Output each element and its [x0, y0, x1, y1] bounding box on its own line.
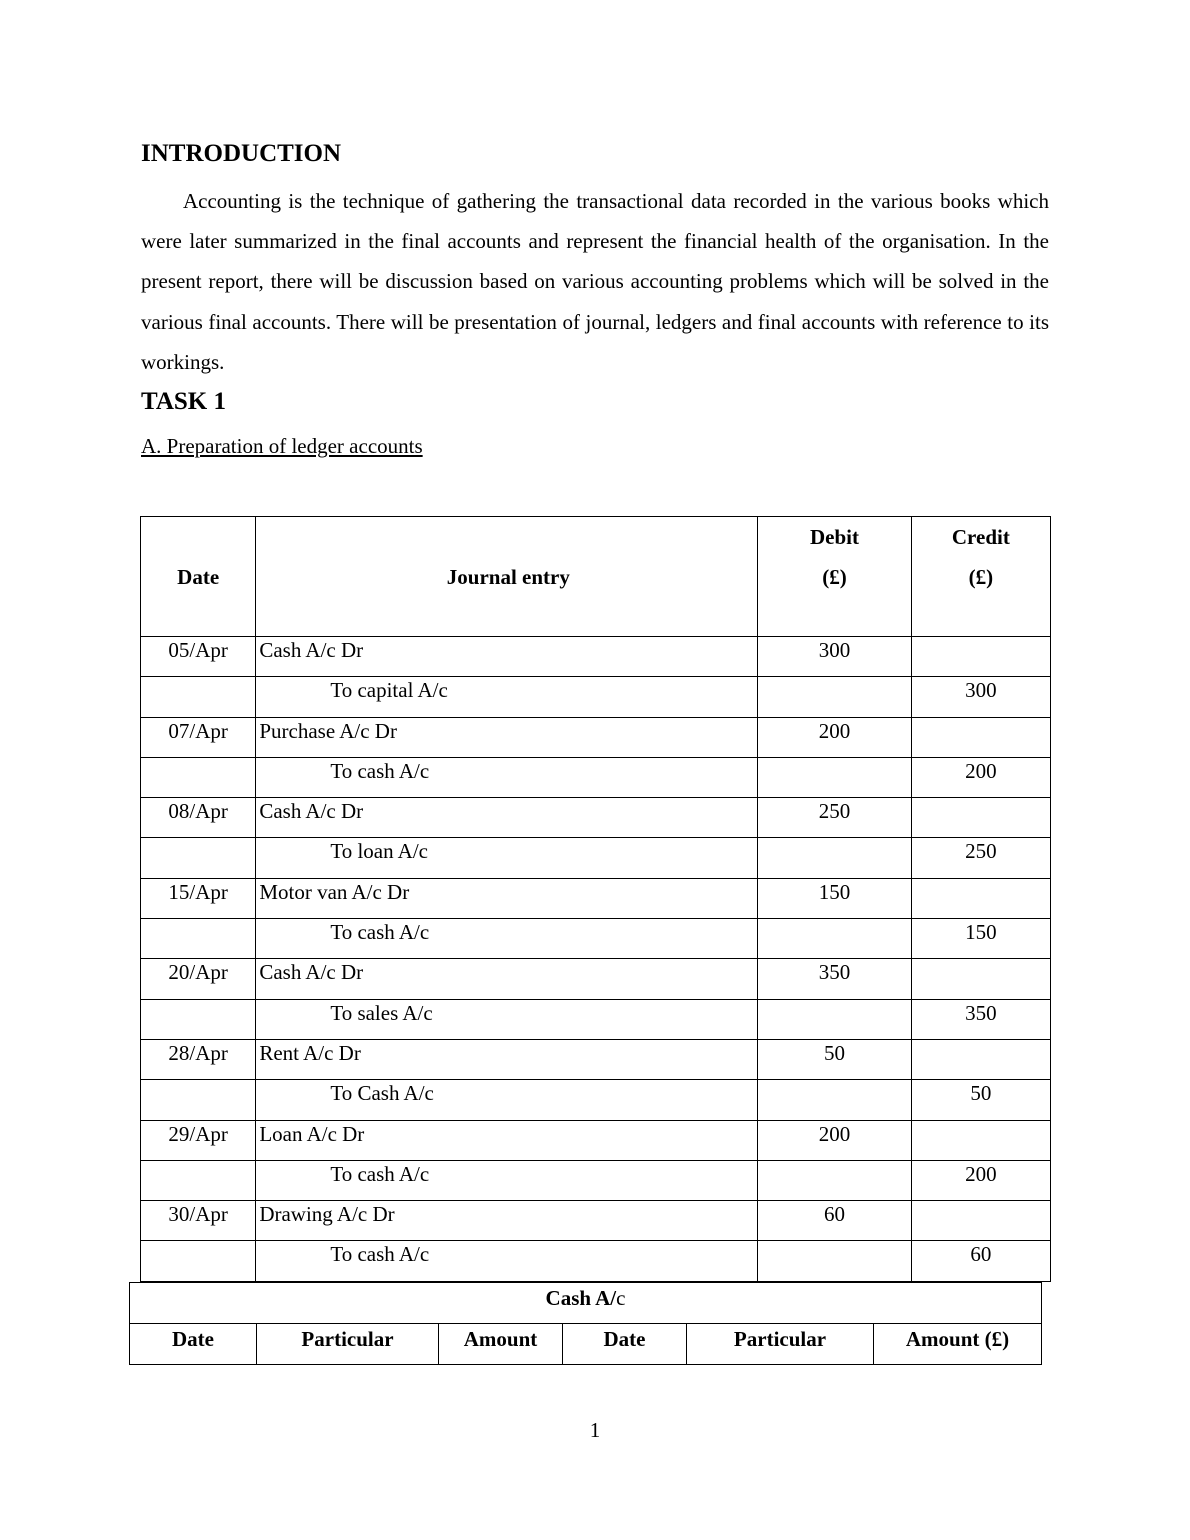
journal-debit-cell: 300	[758, 637, 911, 677]
journal-credit-cell	[911, 717, 1050, 757]
journal-entry-cell: Cash A/c Dr	[256, 637, 758, 677]
journal-date-cell: 08/Apr	[141, 798, 256, 838]
journal-entry-cell: Motor van A/c Dr	[256, 878, 758, 918]
cash-header-date-cr: Date	[563, 1324, 687, 1365]
introduction-paragraph: Accounting is the technique of gathering…	[141, 181, 1049, 382]
journal-credit-cell: 60	[911, 1241, 1050, 1281]
journal-date-cell	[141, 999, 256, 1039]
journal-entry-cell: To cash A/c	[256, 919, 758, 959]
journal-date-cell	[141, 919, 256, 959]
cash-header-particular-dr: Particular	[257, 1324, 439, 1365]
journal-entry-cell: To loan A/c	[256, 838, 758, 878]
journal-date-cell	[141, 1241, 256, 1281]
journal-table: Date Journal entry Debit (£) Credit (£) …	[140, 516, 1051, 1282]
cash-account-title: Cash A/c	[130, 1283, 1042, 1324]
journal-entry-cell: Loan A/c Dr	[256, 1120, 758, 1160]
journal-date-cell: 20/Apr	[141, 959, 256, 999]
header-debit-currency: (£)	[822, 565, 847, 589]
journal-date-cell	[141, 677, 256, 717]
header-credit-currency: (£)	[969, 565, 994, 589]
header-journal-entry: Journal entry	[256, 517, 758, 637]
journal-date-cell: 15/Apr	[141, 878, 256, 918]
journal-row: 07/AprPurchase A/c Dr200	[141, 717, 1051, 757]
page-number: 1	[0, 1418, 1190, 1443]
journal-credit-cell	[911, 798, 1050, 838]
journal-debit-cell: 250	[758, 798, 911, 838]
cash-account-table: Cash A/c Date Particular Amount Date Par…	[129, 1282, 1042, 1365]
journal-date-cell	[141, 838, 256, 878]
journal-row: To sales A/c350	[141, 999, 1051, 1039]
journal-row: To Cash A/c50	[141, 1080, 1051, 1120]
task-heading: TASK 1	[141, 388, 226, 416]
journal-credit-cell	[911, 1120, 1050, 1160]
header-debit-label: Debit	[810, 525, 859, 549]
journal-row: 05/AprCash A/c Dr300	[141, 637, 1051, 677]
journal-entry-cell: To cash A/c	[256, 1160, 758, 1200]
document-page: INTRODUCTION Accounting is the technique…	[0, 0, 1190, 1540]
journal-row: 30/AprDrawing A/c Dr60	[141, 1201, 1051, 1241]
journal-debit-cell: 200	[758, 717, 911, 757]
journal-debit-cell	[758, 1160, 911, 1200]
journal-row: To cash A/c60	[141, 1241, 1051, 1281]
journal-credit-cell: 300	[911, 677, 1050, 717]
journal-row: 29/AprLoan A/c Dr200	[141, 1120, 1051, 1160]
journal-debit-cell: 350	[758, 959, 911, 999]
journal-credit-cell: 200	[911, 757, 1050, 797]
journal-date-cell: 07/Apr	[141, 717, 256, 757]
journal-debit-cell	[758, 1080, 911, 1120]
cash-account-title-row: Cash A/c	[130, 1283, 1042, 1324]
journal-debit-cell	[758, 1241, 911, 1281]
cash-account-title-bold: Cash A/	[546, 1286, 617, 1310]
cash-header-date-dr: Date	[130, 1324, 257, 1365]
cash-header-particular-cr: Particular	[687, 1324, 874, 1365]
journal-debit-cell: 200	[758, 1120, 911, 1160]
journal-credit-cell: 250	[911, 838, 1050, 878]
journal-entry-cell: Cash A/c Dr	[256, 959, 758, 999]
journal-entry-cell: Cash A/c Dr	[256, 798, 758, 838]
journal-credit-cell	[911, 959, 1050, 999]
introduction-heading: INTRODUCTION	[141, 140, 341, 168]
cash-account-title-suffix: c	[616, 1286, 625, 1310]
journal-row: 20/AprCash A/c Dr350	[141, 959, 1051, 999]
journal-credit-cell	[911, 1039, 1050, 1079]
journal-debit-cell: 50	[758, 1039, 911, 1079]
journal-row: 15/AprMotor van A/c Dr150	[141, 878, 1051, 918]
journal-entry-cell: Drawing A/c Dr	[256, 1201, 758, 1241]
header-credit: Credit (£)	[911, 517, 1050, 637]
task-subheading: A. Preparation of ledger accounts	[141, 434, 423, 459]
header-credit-label: Credit	[952, 525, 1010, 549]
journal-entry-cell: Rent A/c Dr	[256, 1039, 758, 1079]
journal-date-cell: 28/Apr	[141, 1039, 256, 1079]
journal-credit-cell: 200	[911, 1160, 1050, 1200]
journal-entry-cell: To cash A/c	[256, 757, 758, 797]
journal-date-cell	[141, 1080, 256, 1120]
journal-row: To cash A/c200	[141, 757, 1051, 797]
journal-row: To capital A/c300	[141, 677, 1051, 717]
journal-entry-cell: To Cash A/c	[256, 1080, 758, 1120]
journal-debit-cell	[758, 919, 911, 959]
journal-entry-cell: To cash A/c	[256, 1241, 758, 1281]
journal-row: To cash A/c150	[141, 919, 1051, 959]
journal-debit-cell	[758, 999, 911, 1039]
journal-entry-cell: Purchase A/c Dr	[256, 717, 758, 757]
cash-account-header-row: Date Particular Amount Date Particular A…	[130, 1324, 1042, 1365]
cash-header-amount-cr: Amount (£)	[874, 1324, 1042, 1365]
journal-credit-cell	[911, 637, 1050, 677]
journal-entry-cell: To sales A/c	[256, 999, 758, 1039]
journal-credit-cell: 50	[911, 1080, 1050, 1120]
journal-debit-cell: 60	[758, 1201, 911, 1241]
journal-credit-cell: 350	[911, 999, 1050, 1039]
journal-date-cell: 05/Apr	[141, 637, 256, 677]
journal-date-cell: 29/Apr	[141, 1120, 256, 1160]
journal-debit-cell	[758, 757, 911, 797]
journal-debit-cell	[758, 838, 911, 878]
journal-debit-cell	[758, 677, 911, 717]
journal-date-cell	[141, 1160, 256, 1200]
header-date: Date	[141, 517, 256, 637]
journal-header-row: Date Journal entry Debit (£) Credit (£)	[141, 517, 1051, 637]
journal-date-cell	[141, 757, 256, 797]
cash-header-amount-dr: Amount	[439, 1324, 563, 1365]
header-debit: Debit (£)	[758, 517, 911, 637]
journal-credit-cell	[911, 1201, 1050, 1241]
journal-credit-cell: 150	[911, 919, 1050, 959]
journal-debit-cell: 150	[758, 878, 911, 918]
journal-row: 28/AprRent A/c Dr50	[141, 1039, 1051, 1079]
journal-entry-cell: To capital A/c	[256, 677, 758, 717]
journal-row: To cash A/c200	[141, 1160, 1051, 1200]
journal-row: 08/AprCash A/c Dr250	[141, 798, 1051, 838]
journal-body: 05/AprCash A/c Dr300To capital A/c30007/…	[141, 637, 1051, 1282]
journal-credit-cell	[911, 878, 1050, 918]
journal-date-cell: 30/Apr	[141, 1201, 256, 1241]
journal-row: To loan A/c250	[141, 838, 1051, 878]
